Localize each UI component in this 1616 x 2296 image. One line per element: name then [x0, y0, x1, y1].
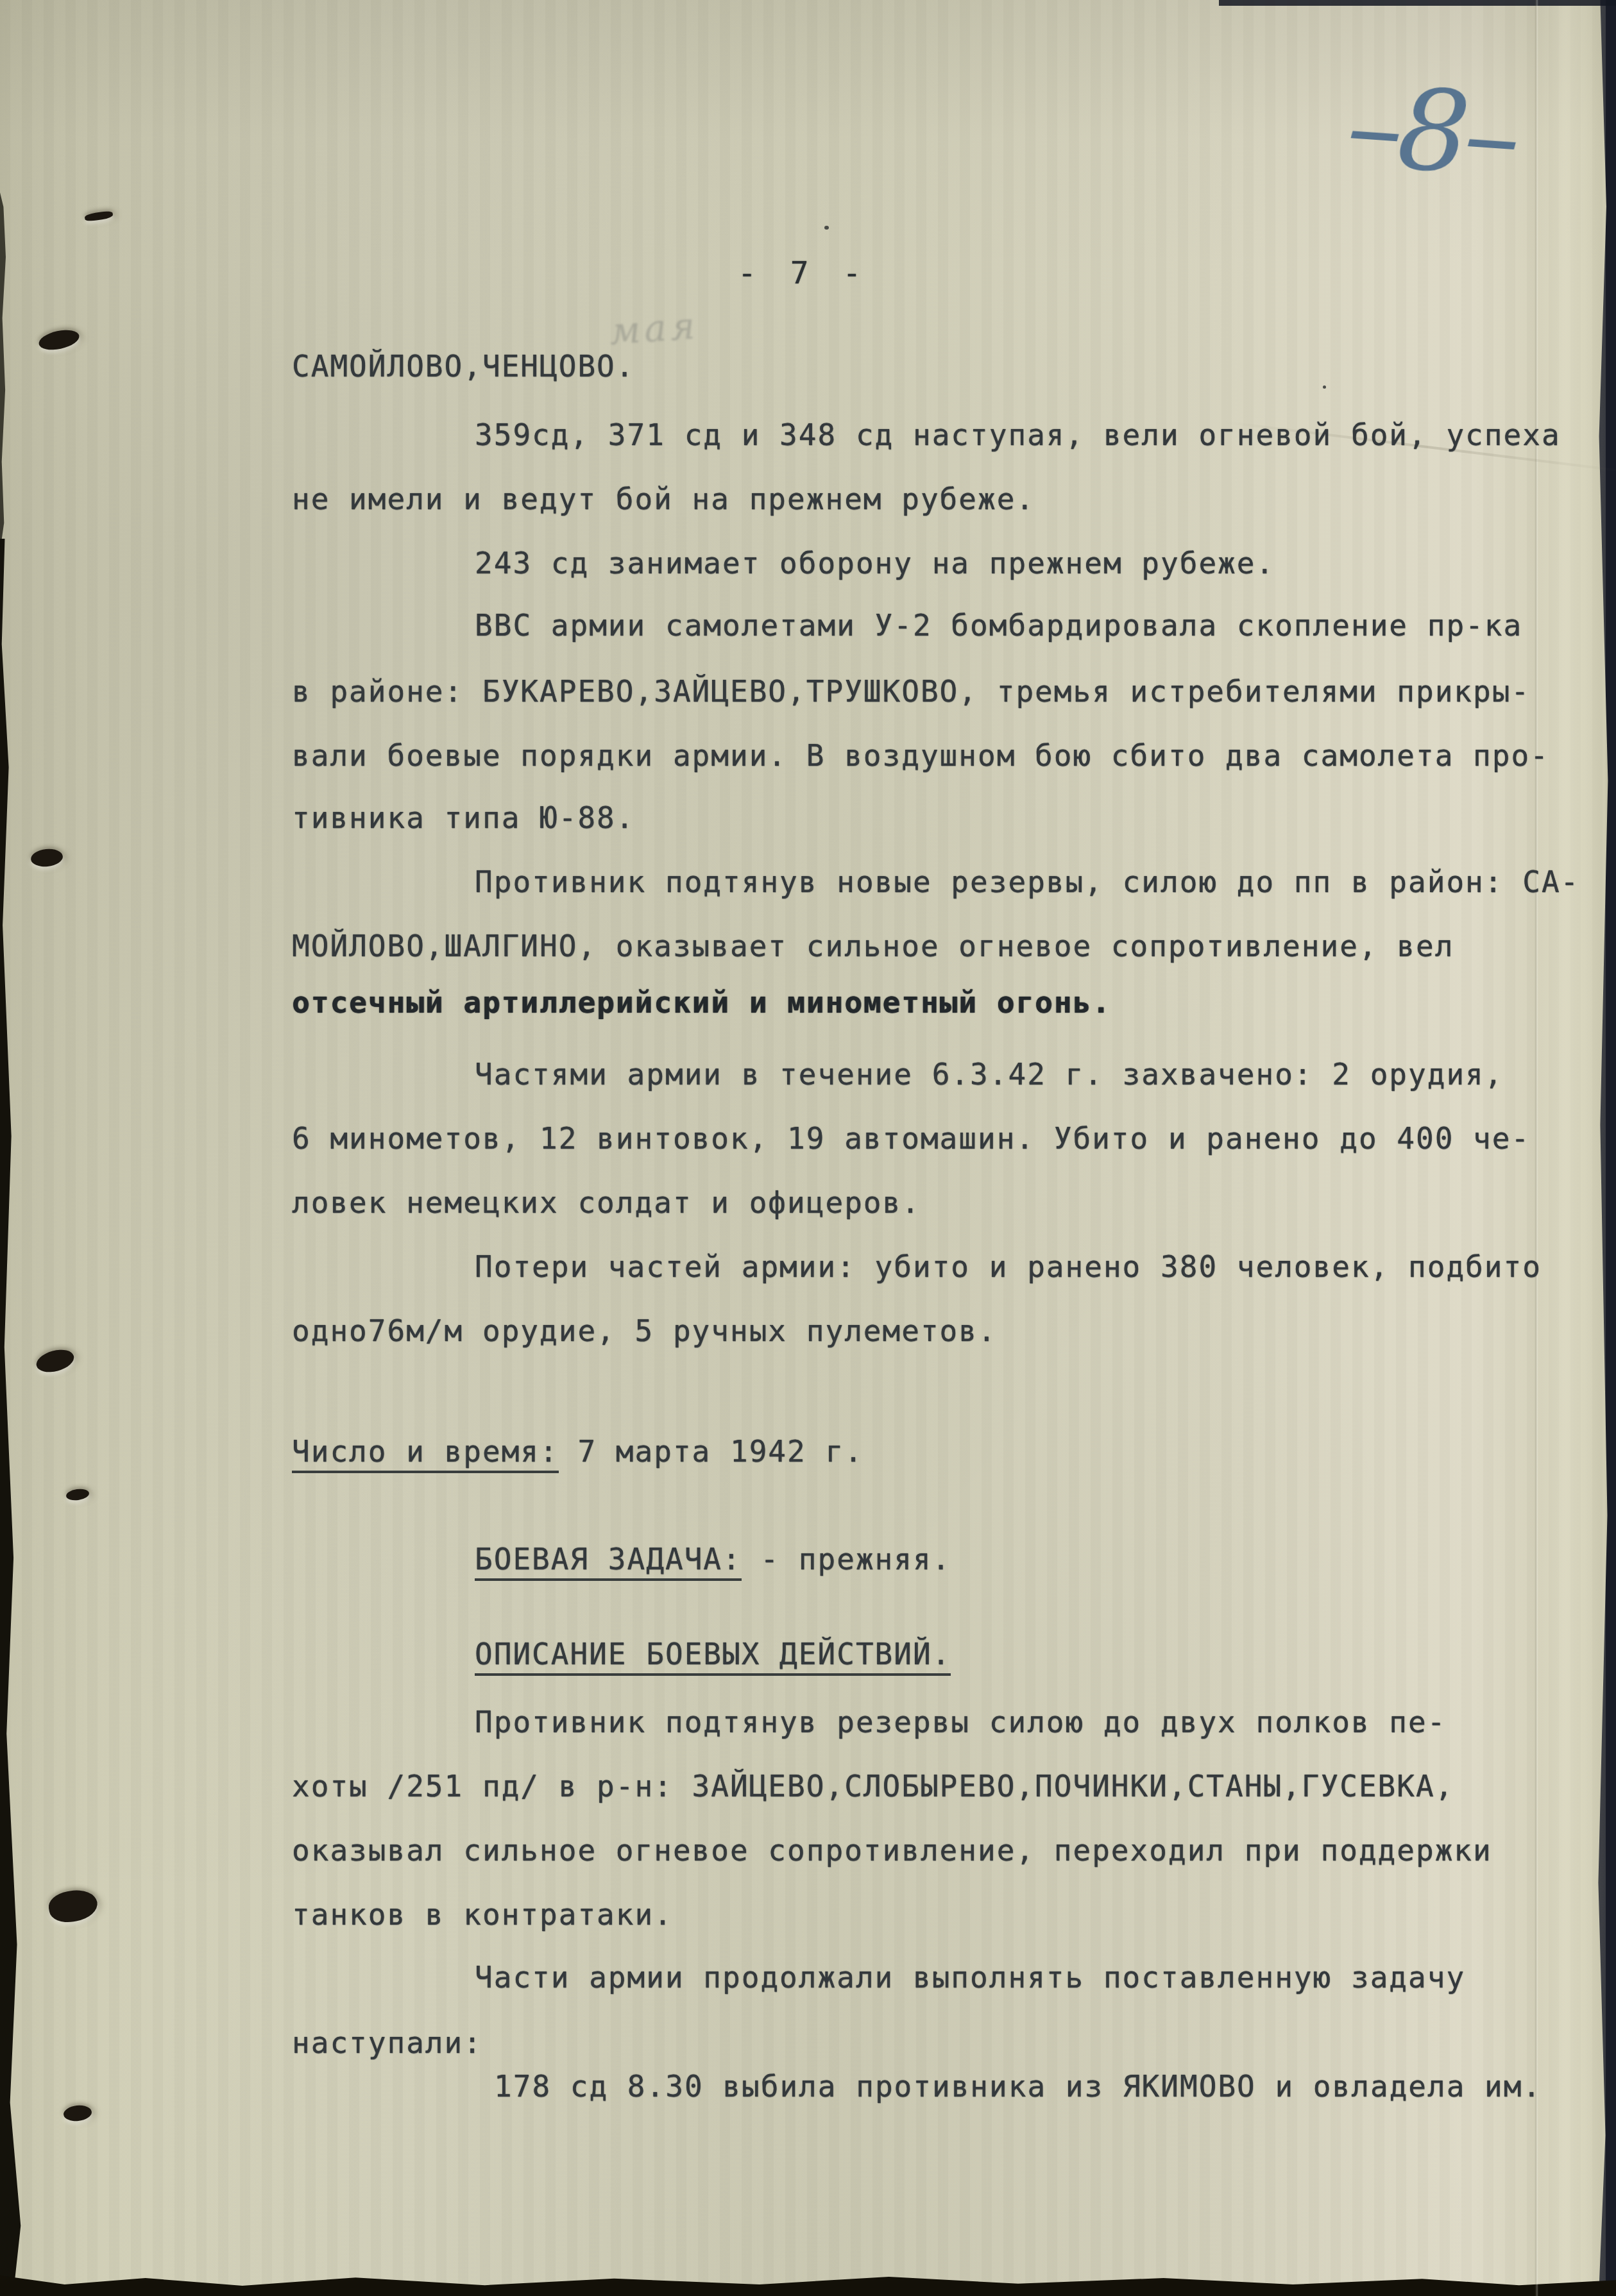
text-line: хоты /251 пд/ в р-н: ЗАЙЦЕВО,СЛОБЫРЕВО,П…: [292, 1771, 1454, 1801]
text-line: Потери частей армии: убито и ранено 380 …: [292, 1252, 1542, 1281]
text-line: ловек немецких солдат и офицеров.: [292, 1188, 921, 1217]
vertical-crease: [1535, 0, 1538, 2296]
punch-hole: [34, 1346, 76, 1376]
text-line: не имели и ведут бой на прежнем рубеже.: [292, 484, 1035, 514]
text-line: оказывал сильное огневое сопротивление, …: [292, 1836, 1492, 1865]
text-line: Противник подтянув новые резервы, силою …: [292, 867, 1579, 897]
pencil-smudge-note: мая: [608, 303, 700, 353]
text-line: 243 сд занимает оборону на прежнем рубеж…: [292, 548, 1275, 578]
punch-hole: [63, 2104, 92, 2122]
text-line: наступали:: [292, 2028, 482, 2057]
actions-heading-label: ОПИСАНИЕ БОЕВЫХ ДЕЙСТВИЙ.: [475, 1637, 951, 1676]
date-time-label: Число и время:: [292, 1434, 559, 1473]
text-line: Части армии продолжали выполнять поставл…: [292, 1963, 1465, 1992]
dark-edge-top: [1219, 0, 1616, 6]
text-line: Противник подтянув резервы силою до двух…: [292, 1707, 1446, 1737]
text-line: танков в контратаки.: [292, 1900, 673, 1929]
date-time-value: 7 марта 1942 г.: [559, 1434, 863, 1469]
combat-task-value: - прежняя.: [742, 1542, 951, 1576]
text-line: одно76м/м орудие, 5 ручных пулеметов.: [292, 1316, 997, 1346]
punch-hole: [84, 210, 113, 223]
combat-task-line: БОЕВАЯ ЗАДАЧА: - прежняя.: [292, 1544, 951, 1574]
text-line: в районе: БУКАРЕВО,ЗАЙЦЕВО,ТРУШКОВО, тре…: [292, 677, 1530, 706]
text-line-emphasized: отсечный артиллерийский и минометный ого…: [292, 988, 1111, 1017]
text-line: тивника типа Ю-88.: [292, 803, 635, 832]
text-line: МОЙЛОВО,ШАЛГИНО, оказывает сильное огнев…: [292, 931, 1454, 961]
ink-speck: [824, 226, 829, 230]
combat-task-label: БОЕВАЯ ЗАДАЧА:: [475, 1542, 742, 1581]
torn-edge-right: [1597, 0, 1616, 2296]
torn-edge-bottom: [0, 2270, 1616, 2296]
torn-edge-left-top: [0, 192, 6, 552]
text-line: САМОЙЛОВО,ЧЕНЦОВО.: [292, 351, 635, 381]
text-line: Частями армии в течение 6.3.42 г. захвач…: [292, 1059, 1504, 1089]
page-number-typed: - 7 -: [738, 255, 869, 291]
ink-speck: [1323, 385, 1326, 389]
page-number-handwritten: –8–: [1343, 70, 1519, 194]
torn-edge-left: [0, 539, 22, 2296]
text-line: ВВС армии самолетами У-2 бомбардировала …: [292, 611, 1522, 640]
scanned-document-page: –8– - 7 - мая САМОЙЛОВО,ЧЕНЦОВО. 359сд, …: [0, 0, 1616, 2296]
text-line: 359сд, 371 сд и 348 сд наступая, вели ог…: [292, 420, 1561, 450]
punch-hole: [37, 327, 81, 353]
punch-hole: [65, 1488, 90, 1502]
text-line: вали боевые порядки армии. В воздушном б…: [292, 741, 1549, 770]
paper-light-band: [1538, 0, 1606, 2296]
date-time-line: Число и время: 7 марта 1942 г.: [292, 1437, 863, 1466]
actions-heading: ОПИСАНИЕ БОЕВЫХ ДЕЙСТВИЙ.: [292, 1639, 951, 1669]
text-line: 178 сд 8.30 выбила противника из ЯКИМОВО…: [292, 2072, 1542, 2101]
text-line: 6 минометов, 12 винтовок, 19 автомашин. …: [292, 1124, 1530, 1153]
punch-hole: [46, 1887, 99, 1925]
punch-hole: [30, 847, 64, 868]
